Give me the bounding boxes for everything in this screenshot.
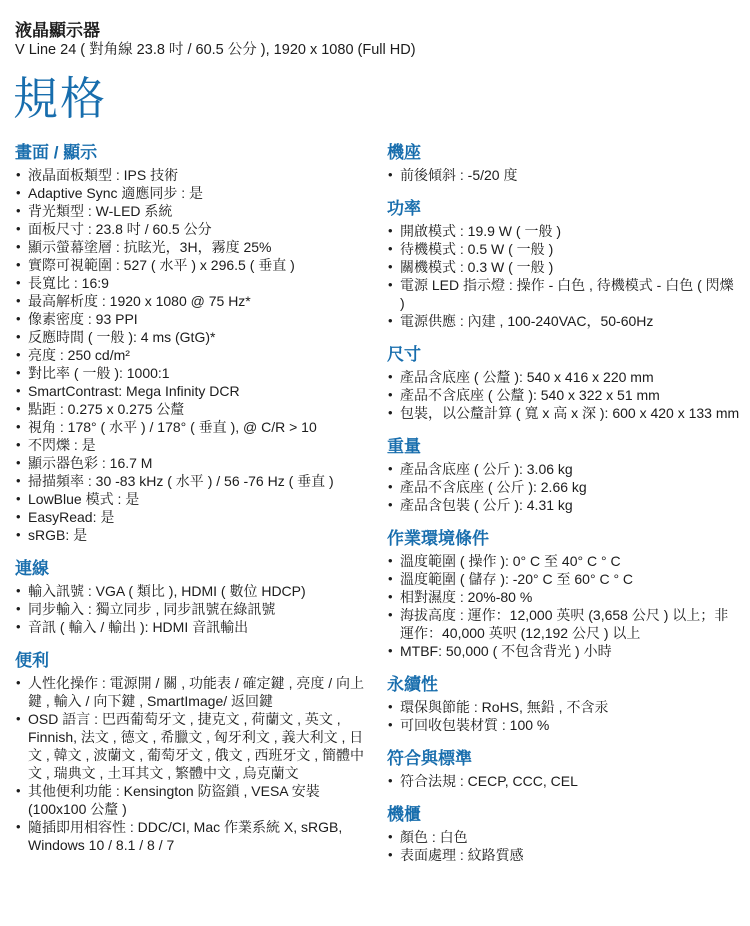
section-title: 功率 [387, 199, 741, 219]
spec-list: 液晶面板類型 : IPS 技術Adaptive Sync 適應同步 : 是背光類… [15, 166, 369, 544]
spec-item: MTBF: 50,000 ( 不包含背光 ) 小時 [387, 642, 741, 660]
spec-section: 機櫃顏色 : 白色表面處理 : 紋路質感 [387, 805, 741, 864]
spec-item: 相對濕度 : 20%-80 % [387, 588, 741, 606]
spec-item: 表面處理 : 紋路質感 [387, 846, 741, 864]
spec-item: 包裝，以公釐計算 ( 寬 x 高 x 深 ): 600 x 420 x 133 … [387, 404, 741, 422]
spec-item: 實際可視範圍 : 527 ( 水平 ) x 296.5 ( 垂直 ) [15, 256, 369, 274]
product-model-subtitle: V Line 24 ( 對角線 23.8 吋 / 60.5 公分 ), 1920… [15, 41, 740, 60]
spec-item: 點距 : 0.275 x 0.275 公釐 [15, 400, 369, 418]
spec-item: 反應時間 ( 一般 ): 4 ms (GtG)* [15, 328, 369, 346]
spec-list: 環保與節能 : RoHS, 無鉛 , 不含汞可回收包裝材質 : 100 % [387, 698, 741, 734]
spec-item: Adaptive Sync 適應同步 : 是 [15, 184, 369, 202]
spec-item: 關機模式 : 0.3 W ( 一般 ) [387, 258, 741, 276]
spec-section: 符合與標準符合法規 : CECP, CCC, CEL [387, 749, 741, 790]
section-title: 作業環境條件 [387, 529, 741, 549]
spec-section: 重量產品含底座 ( 公斤 ): 3.06 kg產品不含底座 ( 公斤 ): 2.… [387, 437, 741, 514]
section-title: 永續性 [387, 675, 741, 695]
spec-item: 電源供應 : 內建 , 100-240VAC，50-60Hz [387, 312, 741, 330]
spec-item: 產品含底座 ( 公斤 ): 3.06 kg [387, 460, 741, 478]
spec-item: OSD 語言 : 巴西葡萄牙文 , 捷克文 , 荷蘭文 , 英文 , Finni… [15, 710, 369, 782]
spec-list: 輸入訊號 : VGA ( 類比 ), HDMI ( 數位 HDCP)同步輸入 :… [15, 582, 369, 636]
spec-section: 畫面 / 顯示液晶面板類型 : IPS 技術Adaptive Sync 適應同步… [15, 143, 369, 544]
spec-item: 背光類型 : W-LED 系統 [15, 202, 369, 220]
spec-section: 連線輸入訊號 : VGA ( 類比 ), HDMI ( 數位 HDCP)同步輸入… [15, 559, 369, 636]
section-title: 機座 [387, 143, 741, 163]
spec-item: 溫度範圍 ( 儲存 ): -20° C 至 60° C ° C [387, 570, 741, 588]
spec-item: 環保與節能 : RoHS, 無鉛 , 不含汞 [387, 698, 741, 716]
section-title: 畫面 / 顯示 [15, 143, 369, 163]
page-title: 規格 [13, 73, 740, 125]
section-title: 尺寸 [387, 345, 741, 365]
spec-item: 像素密度 : 93 PPI [15, 310, 369, 328]
section-title: 機櫃 [387, 805, 741, 825]
spec-section: 永續性環保與節能 : RoHS, 無鉛 , 不含汞可回收包裝材質 : 100 % [387, 675, 741, 734]
spec-columns: 畫面 / 顯示液晶面板類型 : IPS 技術Adaptive Sync 適應同步… [15, 143, 740, 864]
spec-section: 作業環境條件溫度範圍 ( 操作 ): 0° C 至 40° C ° C溫度範圍 … [387, 529, 741, 660]
spec-item: 電源 LED 指示燈 : 操作 - 白色 , 待機模式 - 白色 ( 閃爍 ) [387, 276, 741, 312]
spec-item: 同步輸入 : 獨立同步 , 同步訊號在綠訊號 [15, 600, 369, 618]
spec-item: 人性化操作 : 電源開 / 關 , 功能表 / 確定鍵 , 亮度 / 向上鍵 ,… [15, 674, 369, 710]
spec-item: 產品含包裝 ( 公斤 ): 4.31 kg [387, 496, 741, 514]
spec-item: 顯示螢幕塗層 : 抗眩光，3H，霧度 25% [15, 238, 369, 256]
spec-item: 隨插即用相容性 : DDC/CI, Mac 作業系統 X, sRGB, Wind… [15, 818, 369, 854]
spec-item: 其他便利功能 : Kensington 防盜鎖 , VESA 安裝 (100x1… [15, 782, 369, 818]
spec-list: 前後傾斜 : -5/20 度 [387, 166, 741, 184]
spec-item: 待機模式 : 0.5 W ( 一般 ) [387, 240, 741, 258]
spec-item: 顯示器色彩 : 16.7 M [15, 454, 369, 472]
product-category-title: 液晶顯示器 [15, 20, 740, 41]
spec-item: 產品不含底座 ( 公釐 ): 540 x 322 x 51 mm [387, 386, 741, 404]
spec-item: sRGB: 是 [15, 526, 369, 544]
section-title: 連線 [15, 559, 369, 579]
spec-item: 輸入訊號 : VGA ( 類比 ), HDMI ( 數位 HDCP) [15, 582, 369, 600]
spec-list: 產品含底座 ( 公斤 ): 3.06 kg產品不含底座 ( 公斤 ): 2.66… [387, 460, 741, 514]
spec-item: SmartContrast: Mega Infinity DCR [15, 382, 369, 400]
spec-item: 可回收包裝材質 : 100 % [387, 716, 741, 734]
spec-item: 溫度範圍 ( 操作 ): 0° C 至 40° C ° C [387, 552, 741, 570]
spec-list: 溫度範圍 ( 操作 ): 0° C 至 40° C ° C溫度範圍 ( 儲存 )… [387, 552, 741, 660]
spec-item: 對比率 ( 一般 ): 1000:1 [15, 364, 369, 382]
spec-item: 液晶面板類型 : IPS 技術 [15, 166, 369, 184]
spec-item: 長寬比 : 16:9 [15, 274, 369, 292]
spec-list: 人性化操作 : 電源開 / 關 , 功能表 / 確定鍵 , 亮度 / 向上鍵 ,… [15, 674, 369, 854]
spec-item: 不閃爍 : 是 [15, 436, 369, 454]
spec-item: 音訊 ( 輸入 / 輸出 ): HDMI 音訊輸出 [15, 618, 369, 636]
spec-list: 符合法規 : CECP, CCC, CEL [387, 772, 741, 790]
spec-list: 開啟模式 : 19.9 W ( 一般 )待機模式 : 0.5 W ( 一般 )關… [387, 222, 741, 330]
spec-section: 尺寸產品含底座 ( 公釐 ): 540 x 416 x 220 mm產品不含底座… [387, 345, 741, 422]
spec-item: 視角 : 178° ( 水平 ) / 178° ( 垂直 ), @ C/R > … [15, 418, 369, 436]
section-title: 便利 [15, 651, 369, 671]
spec-column-right: 機座前後傾斜 : -5/20 度功率開啟模式 : 19.9 W ( 一般 )待機… [387, 143, 741, 864]
spec-item: 前後傾斜 : -5/20 度 [387, 166, 741, 184]
spec-item: EasyRead: 是 [15, 508, 369, 526]
spec-column-left: 畫面 / 顯示液晶面板類型 : IPS 技術Adaptive Sync 適應同步… [15, 143, 369, 854]
spec-page: 液晶顯示器 V Line 24 ( 對角線 23.8 吋 / 60.5 公分 )… [0, 0, 750, 864]
spec-list: 產品含底座 ( 公釐 ): 540 x 416 x 220 mm產品不含底座 (… [387, 368, 741, 422]
spec-item: 最高解析度 : 1920 x 1080 @ 75 Hz* [15, 292, 369, 310]
spec-item: 海拔高度 : 運作：12,000 英呎 (3,658 公尺 ) 以上；非運作：4… [387, 606, 741, 642]
section-title: 重量 [387, 437, 741, 457]
section-title: 符合與標準 [387, 749, 741, 769]
spec-list: 顏色 : 白色表面處理 : 紋路質感 [387, 828, 741, 864]
spec-item: 掃描頻率 : 30 -83 kHz ( 水平 ) / 56 -76 Hz ( 垂… [15, 472, 369, 490]
spec-item: 產品含底座 ( 公釐 ): 540 x 416 x 220 mm [387, 368, 741, 386]
spec-item: 產品不含底座 ( 公斤 ): 2.66 kg [387, 478, 741, 496]
spec-item: 顏色 : 白色 [387, 828, 741, 846]
spec-item: 開啟模式 : 19.9 W ( 一般 ) [387, 222, 741, 240]
spec-section: 便利人性化操作 : 電源開 / 關 , 功能表 / 確定鍵 , 亮度 / 向上鍵… [15, 651, 369, 854]
spec-section: 機座前後傾斜 : -5/20 度 [387, 143, 741, 184]
spec-item: 亮度 : 250 cd/m² [15, 346, 369, 364]
spec-item: 面板尺寸 : 23.8 吋 / 60.5 公分 [15, 220, 369, 238]
spec-item: 符合法規 : CECP, CCC, CEL [387, 772, 741, 790]
spec-item: LowBlue 模式 : 是 [15, 490, 369, 508]
spec-section: 功率開啟模式 : 19.9 W ( 一般 )待機模式 : 0.5 W ( 一般 … [387, 199, 741, 330]
